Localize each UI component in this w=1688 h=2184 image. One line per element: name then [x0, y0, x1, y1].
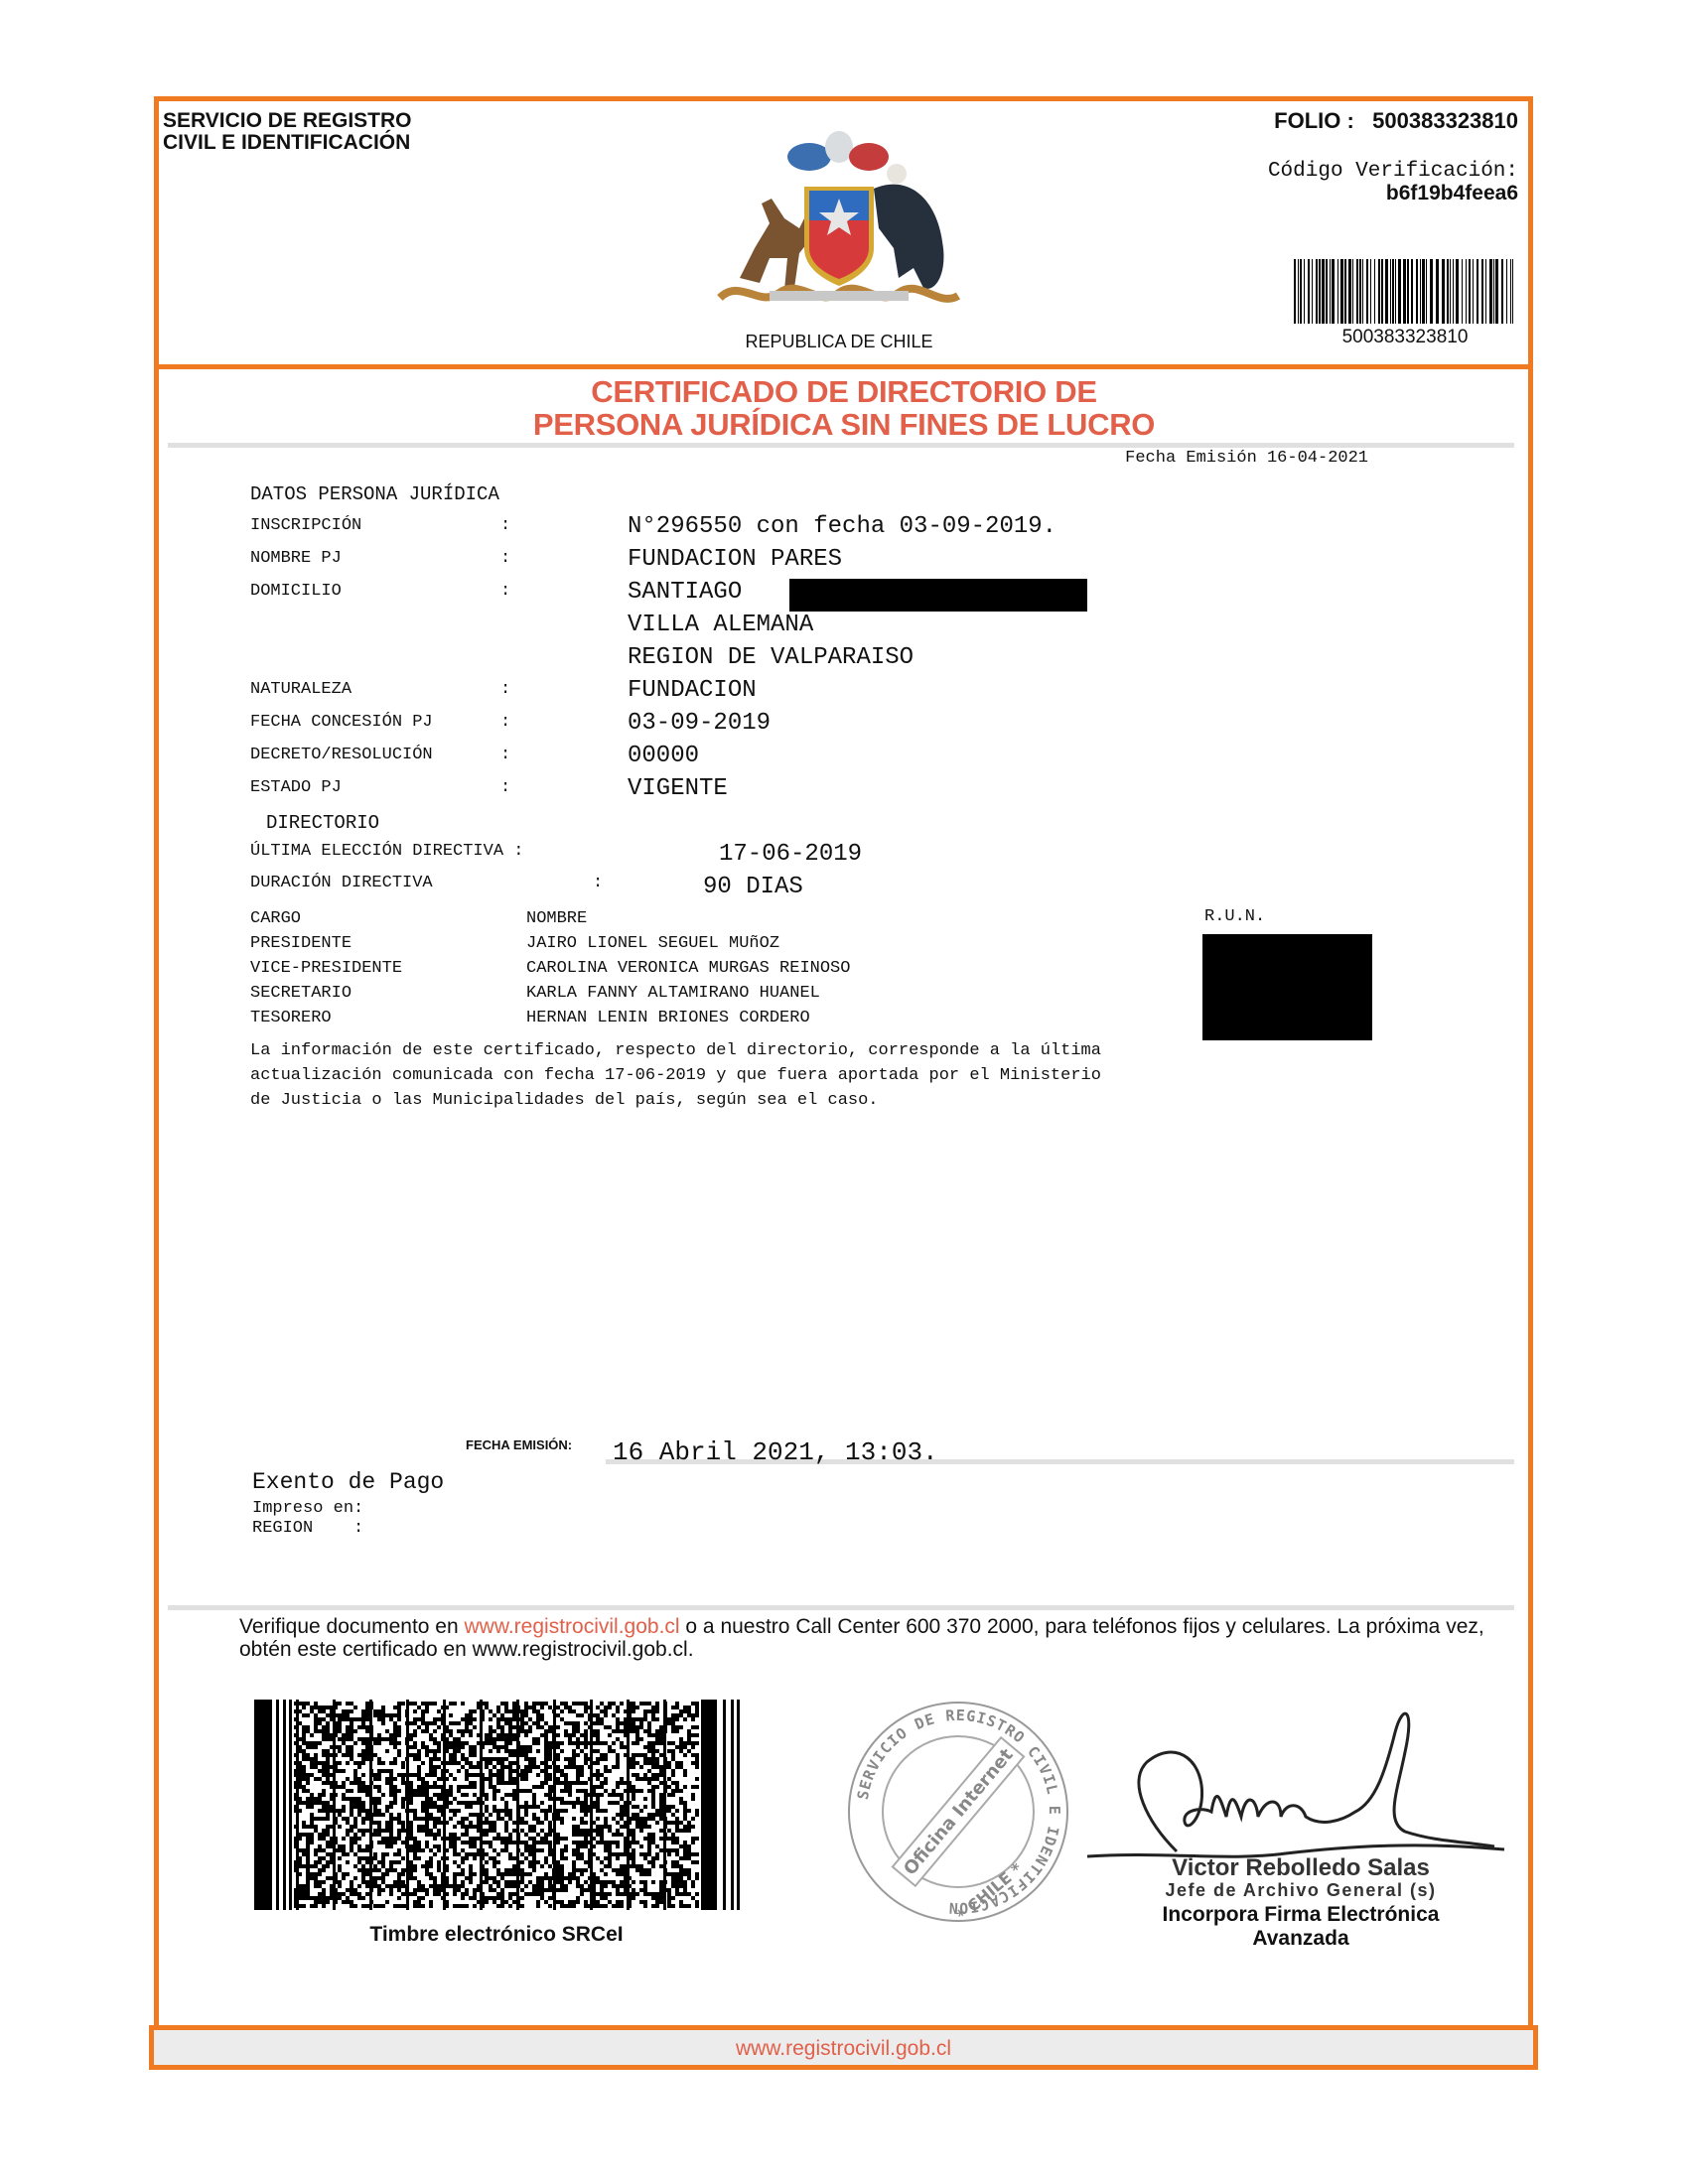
- field-colon: :: [500, 516, 510, 535]
- signer-role: Jefe de Archivo General (s): [1082, 1880, 1519, 1901]
- document-title: CERTIFICADO DE DIRECTORIO DE PERSONA JUR…: [159, 375, 1529, 441]
- datos-section-title: DATOS PERSONA JURÍDICA: [250, 483, 499, 505]
- table-row-cargo: TESORERO: [250, 1009, 332, 1027]
- table-row-cargo: VICE-PRESIDENTE: [250, 959, 402, 978]
- folio: FOLIO : 500383323810: [1274, 108, 1518, 134]
- table-row-cargo: PRESIDENTE: [250, 934, 352, 953]
- duracion-value: 90 DIAS: [703, 874, 803, 900]
- field-label: INSCRIPCIÓN: [250, 516, 361, 535]
- title-line-2: PERSONA JURÍDICA SIN FINES DE LUCRO: [159, 408, 1529, 441]
- field-value: VILLA ALEMANA: [628, 612, 813, 638]
- barcode-number: 500383323810: [1294, 327, 1516, 348]
- table-row-cargo: SECRETARIO: [250, 984, 352, 1003]
- header-separator: [154, 364, 1533, 369]
- field-label: NOMBRE PJ: [250, 549, 342, 568]
- field-label: DECRETO/RESOLUCIÓN: [250, 746, 433, 764]
- column-header-run: R.U.N.: [1204, 907, 1265, 926]
- crest-caption: REPUBLICA DE CHILE: [695, 332, 983, 352]
- title-rule: [168, 443, 1514, 448]
- field-colon: :: [500, 713, 510, 732]
- issue-date: Fecha Emisión 16-04-2021: [1125, 449, 1368, 468]
- field-label: ESTADO PJ: [250, 778, 342, 797]
- verification-code-label: Código Verificación:: [1268, 160, 1518, 183]
- field-label: NATURALEZA: [250, 680, 352, 699]
- verification-code-value: b6f19b4feea6: [1386, 182, 1518, 205]
- duracion-label: DURACIÓN DIRECTIVA: [250, 874, 433, 892]
- field-value: SANTIAGO: [628, 579, 742, 606]
- signer-block: Victor Rebolledo Salas Jefe de Archivo G…: [1082, 1854, 1519, 1951]
- directorio-note: La información de este certificado, resp…: [250, 1038, 1101, 1113]
- verify-rule: [168, 1605, 1514, 1610]
- table-row-nombre: KARLA FANNY ALTAMIRANO HUANEL: [526, 984, 820, 1003]
- duracion-colon: :: [593, 874, 603, 892]
- field-colon: :: [500, 746, 510, 764]
- table-row-nombre: CAROLINA VERONICA MURGAS REINOSO: [526, 959, 850, 978]
- table-row-nombre: JAIRO LIONEL SEGUEL MUñOZ: [526, 934, 779, 953]
- issuer-line-2: CIVIL E IDENTIFICACIÓN: [163, 132, 412, 154]
- verify-prefix: Verifique documento en: [239, 1615, 465, 1638]
- field-value: FUNDACION PARES: [628, 546, 842, 573]
- fecha-emision-value: 16 Abril 2021, 13:03.: [613, 1437, 938, 1467]
- field-label: DOMICILIO: [250, 582, 342, 601]
- field-value: 00000: [628, 743, 699, 769]
- fecha-emision-label: FECHA EMISIÓN:: [466, 1437, 572, 1452]
- field-colon: :: [500, 680, 510, 699]
- field-colon: :: [500, 549, 510, 568]
- field-value: 03-09-2019: [628, 710, 771, 737]
- redacted-run: [1202, 934, 1372, 1040]
- issuer-line-1: SERVICIO DE REGISTRO: [163, 110, 412, 132]
- official-stamp-icon: SERVICIO DE REGISTRO CIVIL E IDENTIFICAC…: [844, 1698, 1072, 1926]
- column-header-cargo: CARGO: [250, 909, 301, 928]
- redacted-address: [789, 579, 1087, 612]
- barcode-icon: [1294, 259, 1516, 324]
- verify-text: Verifique documento en www.registrocivil…: [239, 1615, 1500, 1661]
- field-value: N°296550 con fecha 03-09-2019.: [628, 513, 1056, 540]
- folio-label: FOLIO :: [1274, 108, 1354, 133]
- pdf417-barcode-icon: [254, 1700, 741, 1910]
- issuer-name: SERVICIO DE REGISTRO CIVIL E IDENTIFICAC…: [163, 110, 412, 154]
- field-value: VIGENTE: [628, 775, 728, 802]
- folio-value: 500383323810: [1372, 108, 1518, 133]
- directorio-section-title: DIRECTORIO: [266, 812, 379, 834]
- impreso-en: Impreso en: REGION :: [252, 1499, 363, 1539]
- svg-text:Oficina Internet: Oficina Internet: [900, 1744, 1018, 1879]
- field-colon: :: [500, 778, 510, 797]
- ultima-eleccion-value: 17-06-2019: [719, 841, 862, 868]
- column-header-nombre: NOMBRE: [526, 909, 587, 928]
- exento-de-pago: Exento de Pago: [252, 1469, 444, 1495]
- ultima-eleccion-label: ÚLTIMA ELECCIÓN DIRECTIVA :: [250, 842, 523, 861]
- title-line-1: CERTIFICADO DE DIRECTORIO DE: [159, 375, 1529, 408]
- chile-coat-of-arms-icon: [700, 129, 978, 318]
- timbre-label: Timbre electrónico SRCeI: [238, 1923, 755, 1947]
- signer-name: Victor Rebolledo Salas: [1082, 1854, 1519, 1882]
- field-value: FUNDACION: [628, 677, 757, 704]
- signer-note-2: Avanzada: [1082, 1927, 1519, 1951]
- field-colon: :: [500, 582, 510, 601]
- field-value: REGION DE VALPARAISO: [628, 644, 914, 671]
- signature-icon: [1087, 1693, 1514, 1861]
- field-label: FECHA CONCESIÓN PJ: [250, 713, 433, 732]
- table-row-nombre: HERNAN LENIN BRIONES CORDERO: [526, 1009, 810, 1027]
- registrocivil-link[interactable]: www.registrocivil.gob.cl: [465, 1615, 680, 1638]
- footer-site-link[interactable]: www.registrocivil.gob.cl: [154, 2025, 1533, 2070]
- signer-note-1: Incorpora Firma Electrónica: [1082, 1903, 1519, 1927]
